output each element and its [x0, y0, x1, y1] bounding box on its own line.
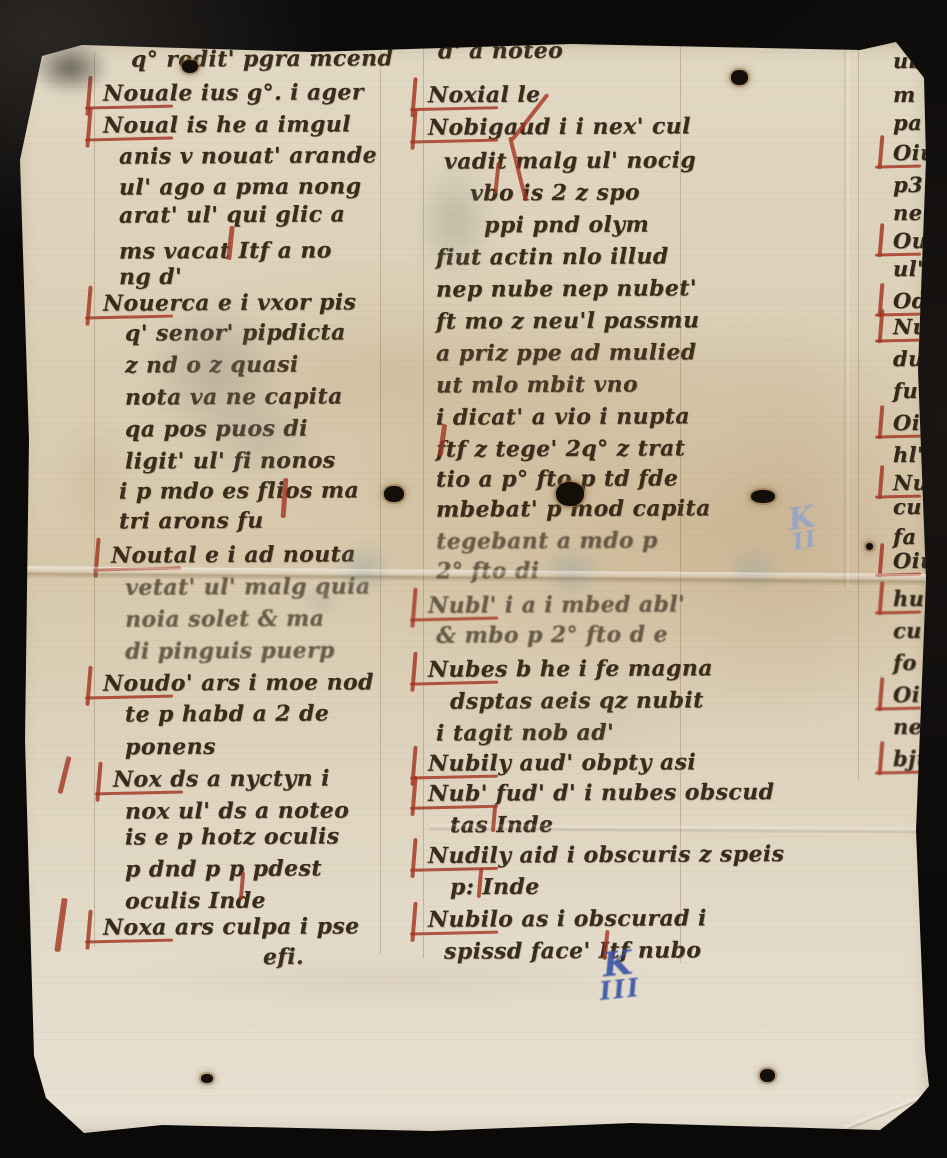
- wormhole: [182, 60, 198, 73]
- manuscript-text: Oiu: [893, 410, 936, 435]
- manuscript-text: Od: [893, 288, 927, 313]
- manuscript-text: di pinguis puerp: [125, 637, 335, 664]
- stain: [415, 158, 495, 283]
- stain: [60, 420, 130, 540]
- rubric-underline: [875, 771, 921, 775]
- lemma-line: Noutal e i ad nouta: [111, 539, 356, 570]
- text-line: fu: [893, 376, 918, 406]
- lemma-line: Nudily aid i obscuris z speis: [428, 839, 785, 871]
- rubric-underline: [875, 611, 921, 615]
- shelfmark-numeral: III: [599, 977, 642, 1002]
- manuscript-text: nox ul' ds a noteo: [125, 797, 349, 824]
- manuscript-text: p: Inde: [450, 874, 540, 900]
- manuscript-text: q° redit' pgra mcend: [131, 45, 393, 72]
- text-line: ul' ago a pma nong: [119, 171, 362, 202]
- manuscript-text: pa: [893, 110, 922, 135]
- lemma-line: Nox ds a nyctyn i: [113, 763, 330, 794]
- stain: [425, 688, 705, 763]
- manuscript-text: Noual is he a imgul: [103, 111, 351, 138]
- manuscript-text: Oiu: [893, 548, 936, 573]
- wormhole: [556, 482, 584, 506]
- manuscript-text: ub: [893, 48, 924, 73]
- manuscript-text: Oud: [893, 228, 943, 253]
- text-line: te p habd a 2 de: [125, 698, 329, 729]
- manuscript-page: q° redit' pgra mcendNouale ius g°. i age…: [12, 40, 934, 1138]
- rubric-stroke: [878, 223, 885, 257]
- lemma-line: Nubilo as i obscurad i: [428, 903, 707, 934]
- text-line: noia solet & ma: [125, 603, 324, 634]
- manuscript-text: oculis Inde: [125, 888, 266, 915]
- rubric-underline: [875, 165, 921, 169]
- rubric-underline: [85, 105, 173, 110]
- wormhole: [672, 31, 678, 37]
- lemma-line: bju: [893, 744, 932, 774]
- text-line: p3: [893, 170, 923, 200]
- wormhole: [751, 490, 775, 503]
- text-line: hl': [893, 440, 924, 470]
- fold-crease: [843, 47, 849, 587]
- text-line: di pinguis puerp: [125, 635, 335, 666]
- fold-crease: [844, 1085, 947, 1132]
- lemma-line: Nubes b he i fe magna: [428, 653, 713, 684]
- text-line: cu: [893, 616, 922, 646]
- rubric-stroke: [410, 902, 417, 942]
- rubric-stroke: [878, 135, 885, 169]
- manuscript-text: vadit malg ul' nocig: [444, 147, 696, 174]
- text-line: ul': [893, 254, 924, 284]
- manuscript-text: Nox ds a nyctyn i: [113, 765, 330, 792]
- text-line: ponens: [125, 732, 216, 762]
- manuscript-text: Nobigaud i i nex' cul: [428, 113, 691, 140]
- rubric-stroke: [410, 652, 417, 692]
- rubric-underline: [875, 339, 921, 343]
- lemma-line: Oiu: [893, 408, 936, 438]
- ruling-line: [423, 28, 424, 958]
- rubric-stroke: [878, 741, 885, 775]
- stain: [300, 582, 342, 618]
- manuscript-text: cu: [893, 618, 922, 643]
- text-line: cu: [893, 492, 922, 522]
- wormhole: [731, 70, 748, 85]
- manuscript-text: anis v nouat' arande: [119, 142, 377, 169]
- manuscript-text: cu: [893, 494, 922, 519]
- lemma-line: Noxial le: [428, 80, 541, 111]
- manuscript-text: Noutal e i ad nouta: [111, 541, 356, 568]
- text-line: pa: [893, 108, 922, 138]
- text-line: ftf z tege' 2q° z trat: [436, 433, 685, 464]
- lemma-line: Oiu: [893, 138, 936, 168]
- manuscript-text: Nudily aid i obscuris z speis: [428, 841, 785, 869]
- text-line: ne: [893, 712, 923, 742]
- rubric-underline: [95, 790, 183, 795]
- rubric-stroke: [95, 762, 102, 802]
- manuscript-text: te p habd a 2 de: [125, 700, 329, 727]
- manuscript-text: Noxial le: [428, 82, 541, 109]
- shelfmark-lower: KIII: [595, 948, 641, 1002]
- manuscript-text: Oiu: [893, 682, 936, 707]
- manuscript-text: m: [893, 82, 916, 107]
- lemma-line: Oiu: [893, 680, 936, 710]
- manuscript-text: ul' ago a pma nong: [119, 173, 362, 200]
- manuscript-text: Noxa ars culpa i pse: [103, 913, 360, 940]
- text-line: ne: [893, 198, 923, 228]
- manuscript-text: Nus: [893, 314, 941, 339]
- text-line: d' a noteo: [438, 36, 563, 67]
- manuscript-text: ne: [893, 200, 923, 225]
- text-line: m: [893, 80, 916, 110]
- manuscript-text: Noudo' ars i moe nod: [103, 669, 374, 696]
- rubric-stroke: [85, 286, 92, 326]
- manuscript-text: du: [893, 346, 924, 371]
- manuscript-text: hl': [893, 442, 924, 467]
- manuscript-text: Nouale ius g°. i ager: [103, 79, 364, 106]
- lemma-line: Nus: [893, 312, 941, 342]
- photo-backdrop: q° redit' pgra mcendNouale ius g°. i age…: [0, 0, 947, 1158]
- manuscript-text: Nubilo as i obscurad i: [428, 905, 707, 932]
- text-line: vadit malg ul' nocig: [444, 145, 696, 176]
- manuscript-text: ftf z tege' 2q° z trat: [436, 435, 685, 462]
- manuscript-text: Nubes b he i fe magna: [428, 655, 713, 682]
- text-line: is e p hotz oculis: [125, 821, 340, 852]
- text-line: q° redit' pgra mcend: [131, 43, 393, 74]
- manuscript-text: nep nube nep nubet': [436, 275, 697, 302]
- manuscript-text: ul': [893, 256, 924, 281]
- manuscript-text: ne: [893, 714, 923, 739]
- manuscript-text: p dnd p p pdest: [125, 855, 322, 882]
- lemma-line: Oud: [893, 226, 943, 256]
- manuscript-text: fo: [893, 650, 917, 675]
- text-line: p: Inde: [450, 872, 540, 902]
- text-line: nep nube nep nubet': [436, 273, 697, 304]
- lemma-line: Noual is he a imgul: [103, 109, 351, 140]
- text-line: anis v nouat' arande: [119, 140, 377, 171]
- ruling-line: [680, 28, 681, 963]
- lemma-line: Noxa ars culpa i pse: [103, 911, 360, 942]
- text-line: tri arons fu: [119, 506, 264, 537]
- manuscript-text: is e p hotz oculis: [125, 823, 340, 850]
- stain: [120, 950, 660, 1010]
- manuscript-text: i p mdo es flios ma: [119, 477, 359, 504]
- manuscript-text: Nub' fud' d' i nubes obscud: [428, 779, 774, 807]
- rubric-stroke: [410, 588, 417, 628]
- manuscript-text: tri arons fu: [119, 508, 264, 535]
- rubric-stroke: [57, 756, 71, 794]
- manuscript-text: Oiu: [893, 140, 936, 165]
- text-line: tegebant a mdo p: [436, 525, 658, 556]
- rubric-stroke: [54, 898, 67, 952]
- rubric-stroke: [85, 666, 92, 706]
- shelfmark-numeral: II: [792, 529, 819, 552]
- manuscript-text: & mbo p 2° fto d e: [436, 621, 668, 648]
- manuscript-text: arat' ul' qui glic a: [119, 201, 345, 228]
- wormhole: [384, 486, 404, 502]
- rubric-stroke: [878, 677, 885, 711]
- manuscript-text: ponens: [125, 734, 216, 760]
- rubric-underline: [85, 939, 173, 944]
- rubric-underline: [875, 707, 921, 711]
- lemma-line: Nobigaud i i nex' cul: [428, 111, 691, 142]
- lemma-line: Nub' fud' d' i nubes obscud: [428, 777, 774, 809]
- manuscript-text: hu: [893, 586, 924, 611]
- text-line: fo: [893, 648, 917, 678]
- rubric-stroke: [410, 838, 417, 878]
- lemma-line: Oiu: [893, 546, 936, 576]
- text-line: & mbo p 2° fto d e: [436, 619, 668, 650]
- rubric-stroke: [85, 910, 92, 950]
- stain: [30, 40, 110, 95]
- manuscript-text: tegebant a mdo p: [436, 527, 658, 554]
- text-line: ub: [893, 46, 924, 76]
- manuscript-text: ms vacat Itf a no: [119, 237, 332, 264]
- manuscript-text: bju: [893, 746, 932, 771]
- manuscript-text: ng d': [119, 264, 182, 290]
- text-line: i p mdo es flios ma: [119, 475, 359, 506]
- text-line: du: [893, 344, 924, 374]
- lemma-line: Nouale ius g°. i ager: [103, 77, 364, 108]
- text-line: p dnd p p pdest: [125, 853, 322, 884]
- manuscript-text: p3: [893, 172, 923, 197]
- text-line: ppi pnd olym: [484, 210, 649, 241]
- manuscript-text: ppi pnd olym: [484, 212, 649, 239]
- lemma-line: hu: [893, 584, 925, 614]
- manuscript-text: fu: [893, 378, 918, 403]
- manuscript-text: d' a noteo: [438, 38, 563, 65]
- wormhole: [866, 543, 873, 550]
- wormhole: [201, 1074, 213, 1083]
- ruling-line: [380, 36, 381, 954]
- stain: [725, 545, 783, 595]
- manuscript-text: noia solet & ma: [125, 605, 324, 632]
- wormhole: [760, 1069, 775, 1082]
- lemma-line: Noudo' ars i moe nod: [103, 667, 374, 698]
